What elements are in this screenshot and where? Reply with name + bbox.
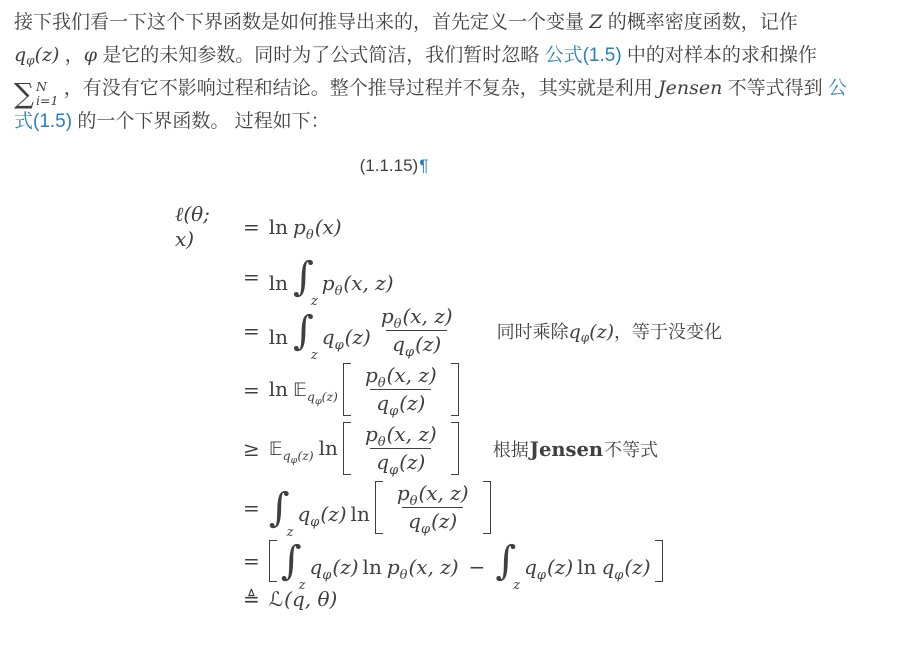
link-eq-1-5-wrapped-end[interactable]: 式(1.5) bbox=[14, 111, 72, 132]
paragraph-line-2: qφ(z) ，φ 是它的未知参数。同时为了公式简洁，我们暂时忽略 公式(1.5)… bbox=[14, 39, 887, 72]
fraction: pθ(x, z) qφ(z) bbox=[391, 480, 475, 535]
math-row: 𝔼qφ(z)ln bbox=[269, 436, 343, 461]
math-var-q: q bbox=[408, 509, 421, 533]
math-sub-phi: φ bbox=[335, 338, 344, 353]
fraction-denominator: qφ(z) bbox=[386, 330, 447, 358]
math-args: (x) bbox=[315, 215, 342, 239]
equation-line-3: = ln∫zqφ(z) pθ(x, z) qφ(z) 同时乘除qφ(z)，等于没… bbox=[175, 303, 887, 358]
math-sub-phi: φ bbox=[614, 568, 623, 583]
math-row: ln𝔼qφ(z) bbox=[269, 377, 343, 402]
inline-math-jensen: Jensen bbox=[658, 77, 722, 99]
equation-lhs: ℓ(θ; x) bbox=[175, 202, 234, 251]
equals-sign: = bbox=[243, 265, 260, 289]
math-sub-phi: φ bbox=[581, 330, 589, 344]
equation-line-4: = ln𝔼qφ(z) pθ(x, z) qφ(z) bbox=[175, 362, 887, 417]
equation-line-2: = ln∫zpθ(x, z) bbox=[175, 255, 887, 299]
paragraph-line-4: 式(1.5) 的一个下界函数。 过程如下： bbox=[14, 105, 887, 138]
math-var-p: p bbox=[293, 215, 306, 239]
math-args: (q, θ) bbox=[284, 587, 337, 611]
math-var-p: p bbox=[387, 555, 400, 579]
fraction-denominator: qφ(z) bbox=[370, 448, 431, 476]
annotation-text: 同时乘除 bbox=[497, 322, 569, 342]
equals-sign: = bbox=[243, 319, 260, 343]
math-var-q: q bbox=[392, 332, 405, 356]
math-var-p: p bbox=[397, 481, 410, 505]
math-args: (x, z) bbox=[418, 481, 468, 505]
math-sub-phi: φ bbox=[315, 396, 322, 407]
math-args: (z) bbox=[320, 502, 346, 526]
equation-number: (1.1.15) bbox=[360, 156, 419, 175]
fraction: pθ(x, z) qφ(z) bbox=[359, 421, 443, 476]
integral-subscript: z bbox=[311, 348, 318, 363]
paragraph-line-3: ∑Ni=1 ，有没有它不影响过程和结论。整个推导过程并不复杂，其实就是利用 Je… bbox=[14, 72, 887, 105]
math-args: (z) bbox=[332, 555, 358, 579]
inline-math-q-phi-z: qφ(z) bbox=[14, 44, 59, 66]
left-bracket bbox=[343, 422, 351, 475]
math-args: (x, z) bbox=[408, 555, 458, 579]
intro-paragraph: 接下我们看一下这个下界函数是如何推导出来的，首先定义一个变量 Z 的概率密度函数… bbox=[14, 2, 887, 138]
math-sub-phi: φ bbox=[26, 54, 34, 68]
equation-anchor-link[interactable]: ¶ bbox=[419, 156, 428, 175]
integral-sign: ∫ bbox=[293, 308, 314, 354]
equals-sign: = bbox=[243, 549, 260, 573]
ln-operator: ln bbox=[269, 215, 288, 239]
integral-subscript: z bbox=[513, 578, 520, 593]
ln-operator: ln bbox=[363, 555, 382, 579]
ln-operator: ln bbox=[351, 502, 370, 526]
text-run: 是它的未知参数。同时为了公式简洁，我们暂时忽略 bbox=[97, 45, 545, 66]
math-var-q: q bbox=[376, 450, 389, 474]
math-row: ln∫zqφ(z) bbox=[269, 309, 371, 353]
right-bracket bbox=[451, 422, 459, 475]
left-bracket bbox=[375, 481, 383, 534]
text-run: ， bbox=[59, 45, 83, 66]
math-args: (z) bbox=[431, 509, 457, 533]
annotation-text: 不等式 bbox=[604, 440, 658, 460]
equation-line-6: = ∫zqφ(z)ln pθ(x, z) qφ(z) bbox=[175, 480, 887, 535]
link-eq-1-5-wrapped-start[interactable]: 公 bbox=[828, 78, 847, 99]
math-var-q: q bbox=[569, 321, 581, 343]
annotation-text: 根据 bbox=[493, 440, 529, 460]
math-args: (z) bbox=[589, 321, 614, 343]
math-var-q: q bbox=[376, 391, 389, 415]
document-page: 接下我们看一下这个下界函数是如何推导出来的，首先定义一个变量 Z 的概率密度函数… bbox=[14, 2, 887, 611]
minus-sign: − bbox=[469, 555, 486, 579]
inline-math-phi: φ bbox=[84, 44, 97, 66]
math-args: (x, z) bbox=[402, 304, 452, 328]
math-var-q: q bbox=[297, 502, 310, 526]
sum-superscript: N bbox=[36, 80, 58, 94]
defined-equal-sign: ≜ bbox=[243, 587, 260, 611]
math-sub-theta: θ bbox=[306, 228, 314, 243]
annotation-text: ，等于没变化 bbox=[614, 322, 722, 342]
math-sub-phi: φ bbox=[389, 463, 398, 478]
fraction-numerator: pθ(x, z) bbox=[359, 421, 443, 448]
math-var-q: q bbox=[322, 325, 335, 349]
right-bracket bbox=[655, 540, 663, 582]
integral-subscript: z bbox=[287, 525, 294, 540]
math-sub-phi: φ bbox=[310, 515, 319, 530]
math-row: ln∫zpθ(x, z) bbox=[269, 255, 394, 299]
right-bracket bbox=[451, 363, 459, 416]
equation-annotation-2: 根据Jensen不等式 bbox=[493, 436, 658, 462]
math-sub-phi: φ bbox=[405, 345, 414, 360]
fraction: pθ(x, z) qφ(z) bbox=[375, 303, 459, 358]
math-var-q: q bbox=[307, 389, 315, 404]
math-args: (z) bbox=[547, 555, 573, 579]
paragraph-line-1: 接下我们看一下这个下界函数是如何推导出来的，首先定义一个变量 Z 的概率密度函数… bbox=[14, 6, 887, 39]
math-args: (x, z) bbox=[343, 271, 393, 295]
script-L-symbol: ℒ bbox=[269, 587, 283, 611]
integral-sign: ∫ bbox=[269, 485, 290, 531]
greater-equal-sign: ≥ bbox=[243, 437, 260, 461]
math-var-p: p bbox=[365, 363, 378, 387]
math-lhs: ℓ(θ; x) bbox=[175, 202, 234, 251]
text-run: 接下我们看一下这个下界函数是如何推导出来的，首先定义一个变量 bbox=[14, 12, 589, 33]
math-args: (z) bbox=[415, 332, 441, 356]
math-args: (z) bbox=[399, 450, 425, 474]
ln-operator: ln bbox=[269, 377, 288, 401]
equation-number-row: (1.1.15)¶ bbox=[164, 156, 624, 176]
math-sub-phi: φ bbox=[389, 404, 398, 419]
equals-sign: = bbox=[243, 215, 260, 239]
inline-math-q-phi-z: qφ(z) bbox=[569, 321, 614, 343]
equals-sign: = bbox=[243, 378, 260, 402]
math-var-q: q bbox=[14, 44, 26, 66]
fraction-numerator: pθ(x, z) bbox=[375, 303, 459, 330]
math-args: (z) bbox=[399, 391, 425, 415]
math-args: (z) bbox=[624, 555, 650, 579]
math-var-p: p bbox=[381, 304, 394, 328]
equation-line-5: ≥ 𝔼qφ(z)ln pθ(x, z) qφ(z) 根据Jensen不等式 bbox=[175, 421, 887, 476]
equals-sign: = bbox=[243, 496, 260, 520]
math-row: ∫zqφ(z)ln bbox=[269, 486, 375, 530]
fraction-numerator: pθ(x, z) bbox=[359, 362, 443, 389]
math-row: ∫zqφ(z)lnpθ(x, z)−∫zqφ(z)lnqφ(z) bbox=[281, 539, 651, 583]
math-sub-phi: φ bbox=[537, 568, 546, 583]
text-run: 的一个下界函数。 过程如下： bbox=[72, 111, 330, 132]
right-bracket bbox=[483, 481, 491, 534]
math-args: (z) bbox=[35, 44, 60, 66]
math-var-p: p bbox=[322, 271, 335, 295]
left-bracket bbox=[269, 540, 277, 582]
text-run: 不等式得到 bbox=[722, 78, 828, 99]
math-sub-phi: φ bbox=[322, 568, 331, 583]
math-sub-theta: θ bbox=[400, 568, 408, 583]
fraction-denominator: qφ(z) bbox=[370, 389, 431, 417]
equation-annotation-1: 同时乘除qφ(z)，等于没变化 bbox=[497, 318, 722, 344]
math-var-q: q bbox=[601, 555, 614, 579]
inline-math-Z: Z bbox=[589, 11, 602, 33]
math-row: lnpθ(x) bbox=[269, 215, 342, 239]
ln-operator: ln bbox=[269, 271, 288, 295]
link-eq-1-5[interactable]: 公式(1.5) bbox=[545, 45, 622, 66]
left-bracket bbox=[343, 363, 351, 416]
math-sub-phi: φ bbox=[421, 522, 430, 537]
fraction-denominator: qφ(z) bbox=[402, 507, 463, 535]
math-var-q: q bbox=[524, 555, 537, 579]
math-args: (z) bbox=[322, 389, 338, 404]
expectation-symbol: 𝔼 bbox=[293, 379, 307, 401]
math-args: (x, z) bbox=[387, 422, 437, 446]
expectation-subscript: qφ(z) bbox=[307, 389, 338, 404]
math-var-q: q bbox=[309, 555, 322, 579]
ln-operator: ln bbox=[577, 555, 596, 579]
math-args: (x, z) bbox=[387, 363, 437, 387]
integral-subscript: z bbox=[299, 578, 306, 593]
equation-line-8: ≜ ℒ(q, θ) bbox=[175, 587, 887, 611]
math-var-p: p bbox=[365, 422, 378, 446]
text-run: 的概率密度函数，记作 bbox=[602, 12, 797, 33]
expectation-symbol: 𝔼 bbox=[269, 438, 283, 460]
text-run: 中的对样本的求和操作 bbox=[622, 45, 817, 66]
math-sub-theta: θ bbox=[335, 284, 343, 299]
integral-subscript: z bbox=[311, 294, 318, 309]
math-args: (z) bbox=[345, 325, 371, 349]
equation-block: ℓ(θ; x) = lnpθ(x) = ln∫zpθ(x, z) = ln∫zq… bbox=[175, 202, 887, 611]
sum-sigma: ∑ bbox=[14, 80, 34, 108]
fraction-numerator: pθ(x, z) bbox=[391, 480, 475, 507]
equation-line-7: = ∫zqφ(z)lnpθ(x, z)−∫zqφ(z)lnqφ(z) bbox=[175, 539, 887, 583]
math-args: (z) bbox=[297, 448, 313, 463]
fraction: pθ(x, z) qφ(z) bbox=[359, 362, 443, 417]
text-run: ，有没有它不影响过程和结论。整个推导过程并不复杂，其实就是利用 bbox=[58, 78, 658, 99]
equation-line-1: ℓ(θ; x) = lnpθ(x) bbox=[175, 202, 887, 251]
math-var-q: q bbox=[283, 448, 291, 463]
expectation-subscript: qφ(z) bbox=[283, 448, 314, 463]
ln-operator: ln bbox=[269, 325, 288, 349]
annotation-jensen: Jensen bbox=[530, 438, 603, 461]
ln-operator: ln bbox=[319, 436, 338, 460]
